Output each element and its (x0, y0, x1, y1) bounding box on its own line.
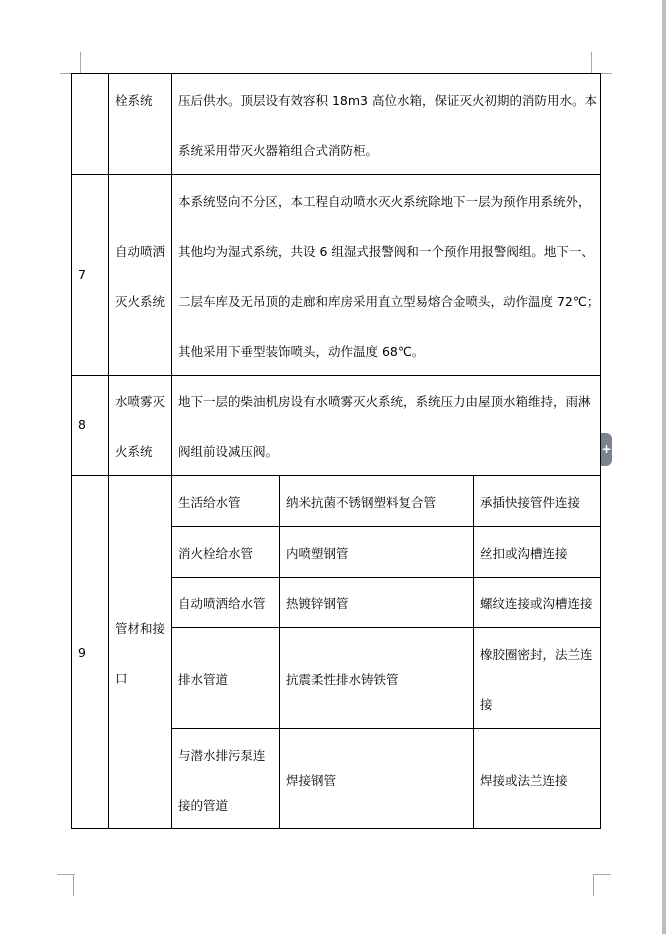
subrow-divider (171, 526, 601, 527)
pipe-joint: 承插快接管件连接 (480, 493, 580, 511)
crop-mark-bottom-left-v (73, 874, 74, 896)
table-border-top (71, 73, 601, 74)
system-name: 自动喷洒 (115, 242, 165, 260)
row-divider (71, 174, 601, 175)
table-border-bottom (71, 828, 601, 829)
table-border-right (600, 73, 601, 829)
col-divider (171, 73, 172, 829)
system-name: 灭火系统 (115, 292, 165, 310)
system-name: 管材和接 (115, 619, 165, 637)
description-line: 地下一层的柴油机房设有水喷雾灭火系统，系统压力由屋顶水箱维持，雨淋 (178, 392, 591, 410)
description-line: 其他均为湿式系统，共设 6 组湿式报警阀和一个预作用报警阀组。地下一、 (178, 242, 594, 260)
pipe-name: 自动喷洒给水管 (178, 594, 266, 612)
row-number: 9 (78, 645, 86, 660)
pipe-material: 热镀锌钢管 (286, 594, 349, 612)
row-number: 7 (78, 267, 86, 282)
description-line: 压后供水。顶层设有效容积 18m3 高位水箱，保证灭火初期的消防用水。本 (178, 91, 597, 109)
system-name: 栓系统 (115, 91, 153, 109)
pipe-material: 焊接钢管 (286, 771, 336, 789)
pipe-name: 排水管道 (178, 670, 228, 688)
pipe-material: 抗震柔性排水铸铁管 (286, 670, 399, 688)
subrow-divider (171, 728, 601, 729)
pipe-joint: 橡胶圈密封，法兰连 (480, 645, 593, 663)
subrow-divider (171, 627, 601, 628)
col-divider (108, 73, 109, 829)
pipe-material: 纳米抗菌不锈钢塑料复合管 (286, 493, 436, 511)
crop-mark-bottom-right-h (593, 874, 611, 875)
row-divider (71, 375, 601, 376)
description-line: 阀组前设减压阀。 (178, 442, 278, 460)
pipe-joint: 接 (480, 695, 493, 713)
row-divider (71, 475, 601, 476)
col-divider (473, 475, 474, 829)
pipe-joint: 螺纹连接或沟槽连接 (480, 594, 593, 612)
pipe-joint: 丝扣或沟槽连接 (480, 544, 568, 562)
pipe-name: 消火栓给水管 (178, 544, 253, 562)
col-divider (279, 475, 280, 829)
pipe-joint: 焊接或法兰连接 (480, 771, 568, 789)
description-line: 其他采用下垂型装饰喷头，动作温度 68℃。 (178, 342, 424, 360)
crop-mark-bottom-right-v (593, 874, 594, 896)
crop-mark-top-right-h (600, 73, 612, 74)
expand-panel-tab[interactable]: + (601, 433, 612, 466)
pipe-name: 接的管道 (178, 796, 228, 814)
system-name: 火系统 (115, 442, 153, 460)
vertical-scrollbar[interactable] (662, 0, 666, 934)
description-line: 系统采用带灭火器箱组合式消防柜。 (178, 141, 378, 159)
subrow-divider (171, 577, 601, 578)
crop-mark-top-right-v (591, 52, 592, 73)
description-line: 二层车库及无吊顶的走廊和库房采用直立型易熔合金喷头，动作温度 72℃； (178, 292, 599, 310)
pipe-name: 生活给水管 (178, 493, 241, 511)
table-border-left (71, 73, 72, 829)
description-line: 本系统竖向不分区，本工程自动喷水灭火系统除地下一层为预作用系统外， (178, 192, 591, 210)
crop-mark-top-left-v (80, 52, 81, 73)
system-name: 水喷雾灭 (115, 392, 165, 410)
pipe-name: 与潜水排污泵连 (178, 746, 266, 764)
system-name: 口 (115, 669, 128, 687)
plus-icon: + (601, 442, 611, 456)
pipe-material: 内喷塑钢管 (286, 544, 349, 562)
row-number: 8 (78, 417, 86, 432)
